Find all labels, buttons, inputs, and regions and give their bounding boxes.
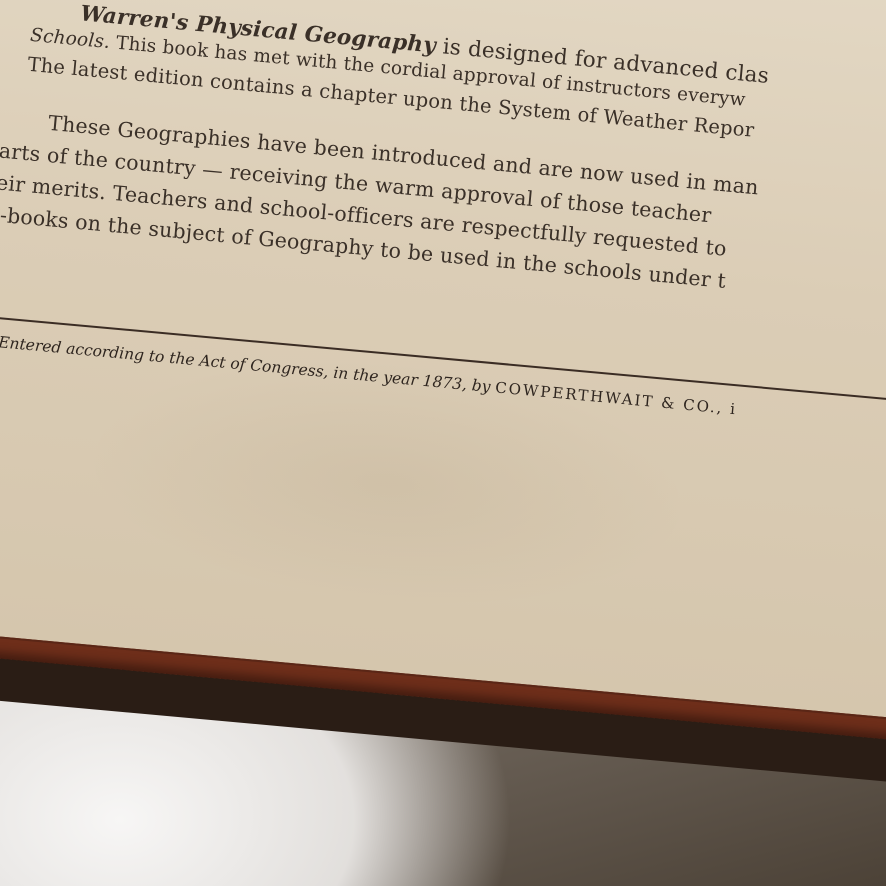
publisher-name: COWPERTHWAIT & CO., i: [495, 378, 738, 418]
book-page: Warren's Physical Geography is designed …: [0, 0, 886, 727]
book: Warren's Physical Geography is designed …: [0, 0, 886, 796]
